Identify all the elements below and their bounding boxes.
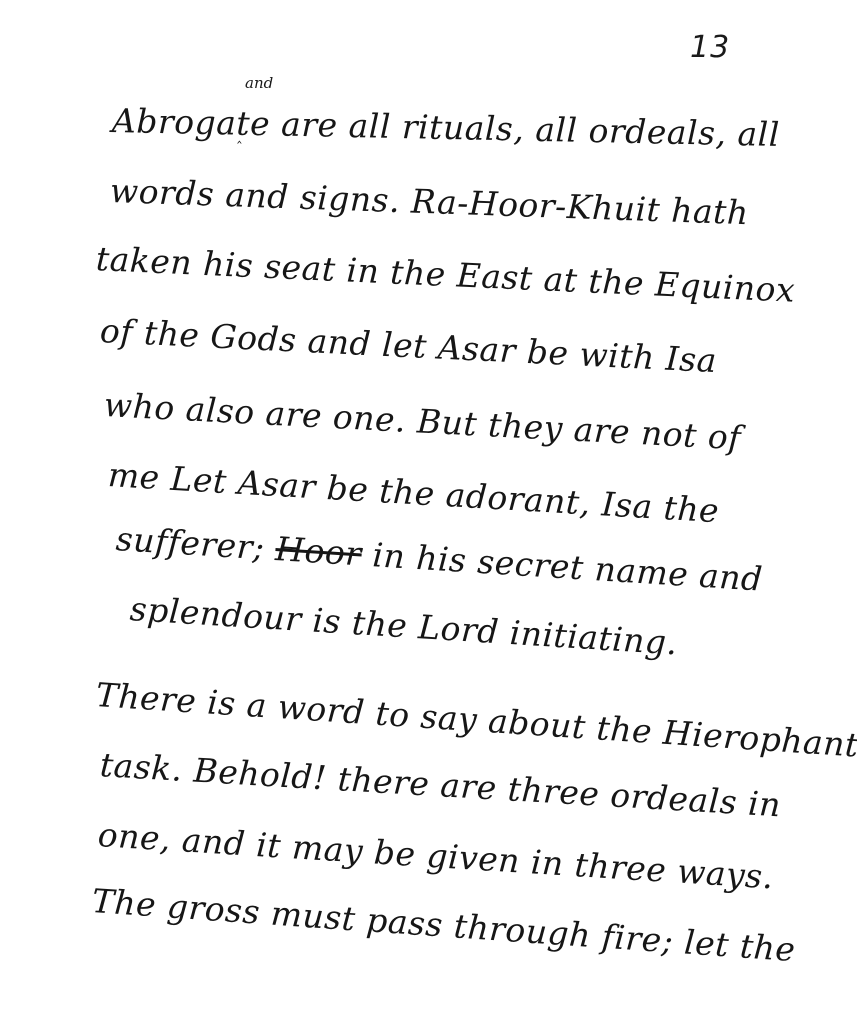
interlinear-insertion: and bbox=[245, 74, 273, 92]
manuscript-line-1: Abrogate are all rituals, all ordeals, a… bbox=[112, 104, 780, 151]
page-number: 13 bbox=[690, 30, 730, 65]
manuscript-line-3: taken his seat in the East at the Equino… bbox=[95, 242, 796, 307]
manuscript-line-6: me Let Asar be the adorant, Isa the bbox=[107, 458, 720, 527]
manuscript-line-12: The gross must pass through fire; let th… bbox=[91, 884, 797, 966]
manuscript-line-7: sufferer; Hoor in his secret name and bbox=[115, 522, 764, 596]
manuscript-line-2: words and signs. Ra-Hoor-Khuit hath bbox=[109, 174, 749, 229]
manuscript-page: 13 and ‸ Abrogate are all rituals, all o… bbox=[0, 0, 857, 1024]
manuscript-line-11: one, and it may be given in three ways. bbox=[97, 818, 775, 893]
manuscript-line-4: of the Gods and let Asar be with Isa bbox=[99, 314, 717, 377]
manuscript-line-10: task. Behold! there are three ordeals in bbox=[99, 748, 782, 821]
manuscript-line-8: splendour is the Lord initiating. bbox=[129, 592, 679, 659]
manuscript-line-5: who also are one. But they are not of bbox=[103, 388, 742, 454]
struck-word: Hoor bbox=[274, 529, 363, 573]
